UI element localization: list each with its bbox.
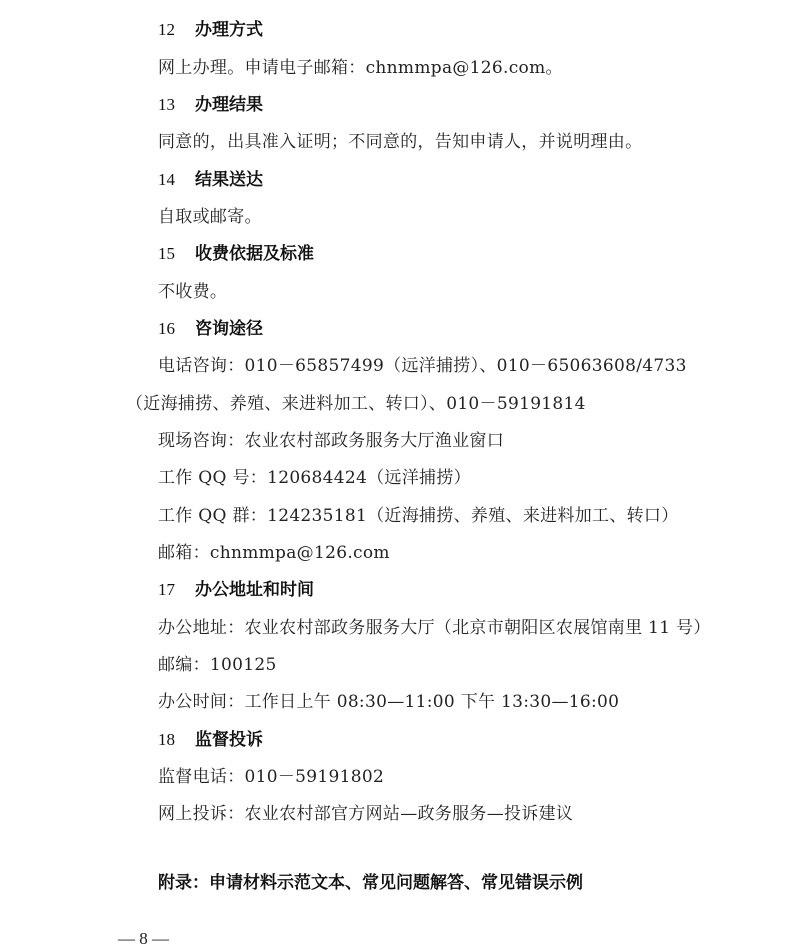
- section-number: 12: [158, 19, 195, 41]
- section-heading-17: 17办公地址和时间: [158, 579, 314, 601]
- email-line: 邮箱：chnmmpa@126.com: [158, 542, 390, 564]
- section-13-line-1: 同意的，出具准入证明；不同意的，告知申请人，并说明理由。: [158, 131, 642, 153]
- section-number: 15: [158, 243, 195, 265]
- section-title: 监督投诉: [195, 730, 263, 750]
- section-title: 办公地址和时间: [195, 580, 314, 600]
- section-number: 16: [158, 318, 195, 340]
- online-complaint-line: 网上投诉：农业农村部官方网站—政务服务—投诉建议: [158, 803, 573, 825]
- phone-inquiry-line: 电话咨询：010－65857499（远洋捕捞）、010－65063608/473…: [158, 355, 687, 377]
- phone-inquiry-continuation: （近海捕捞、养殖、来进料加工、转口）、010－59191814: [126, 393, 586, 415]
- onsite-inquiry-line: 现场咨询：农业农村部政务服务大厅渔业窗口: [158, 430, 504, 452]
- section-number: 17: [158, 579, 195, 601]
- section-title: 咨询途径: [195, 319, 263, 339]
- section-heading-13: 13办理结果: [158, 94, 263, 116]
- supervision-phone-line: 监督电话：010－59191802: [158, 766, 384, 788]
- section-heading-15: 15收费依据及标准: [158, 243, 314, 265]
- section-number: 18: [158, 729, 195, 751]
- section-number: 13: [158, 94, 195, 116]
- section-title: 结果送达: [195, 170, 263, 190]
- postal-code-line: 邮编：100125: [158, 654, 277, 676]
- section-title: 办理结果: [195, 95, 263, 115]
- section-12-line-1: 网上办理。申请电子邮箱：chnmmpa@126.com。: [158, 57, 563, 79]
- office-hours-line: 办公时间：工作日上午 08:30—11:00 下午 13:30—16:00: [158, 691, 619, 713]
- section-heading-12: 12办理方式: [158, 19, 263, 41]
- work-qq-group-line: 工作 QQ 群：124235181（近海捕捞、养殖、来进料加工、转口）: [158, 505, 679, 527]
- section-title: 办理方式: [195, 20, 263, 40]
- section-title: 收费依据及标准: [195, 244, 314, 264]
- section-number: 14: [158, 169, 195, 191]
- office-address-line: 办公地址：农业农村部政务服务大厅（北京市朝阳区农展馆南里 11 号）: [158, 617, 711, 639]
- page-number: — 8 —: [118, 929, 169, 949]
- appendix-heading: 附录：申请材料示范文本、常见问题解答、常见错误示例: [158, 872, 583, 894]
- section-heading-18: 18监督投诉: [158, 729, 263, 751]
- section-heading-14: 14结果送达: [158, 169, 263, 191]
- section-15-line-1: 不收费。: [158, 281, 227, 303]
- section-14-line-1: 自取或邮寄。: [158, 206, 262, 228]
- section-heading-16: 16咨询途径: [158, 318, 263, 340]
- work-qq-line: 工作 QQ 号：120684424（远洋捕捞）: [158, 467, 471, 489]
- document-page: 12办理方式 网上办理。申请电子邮箱：chnmmpa@126.com。 13办理…: [0, 0, 794, 950]
